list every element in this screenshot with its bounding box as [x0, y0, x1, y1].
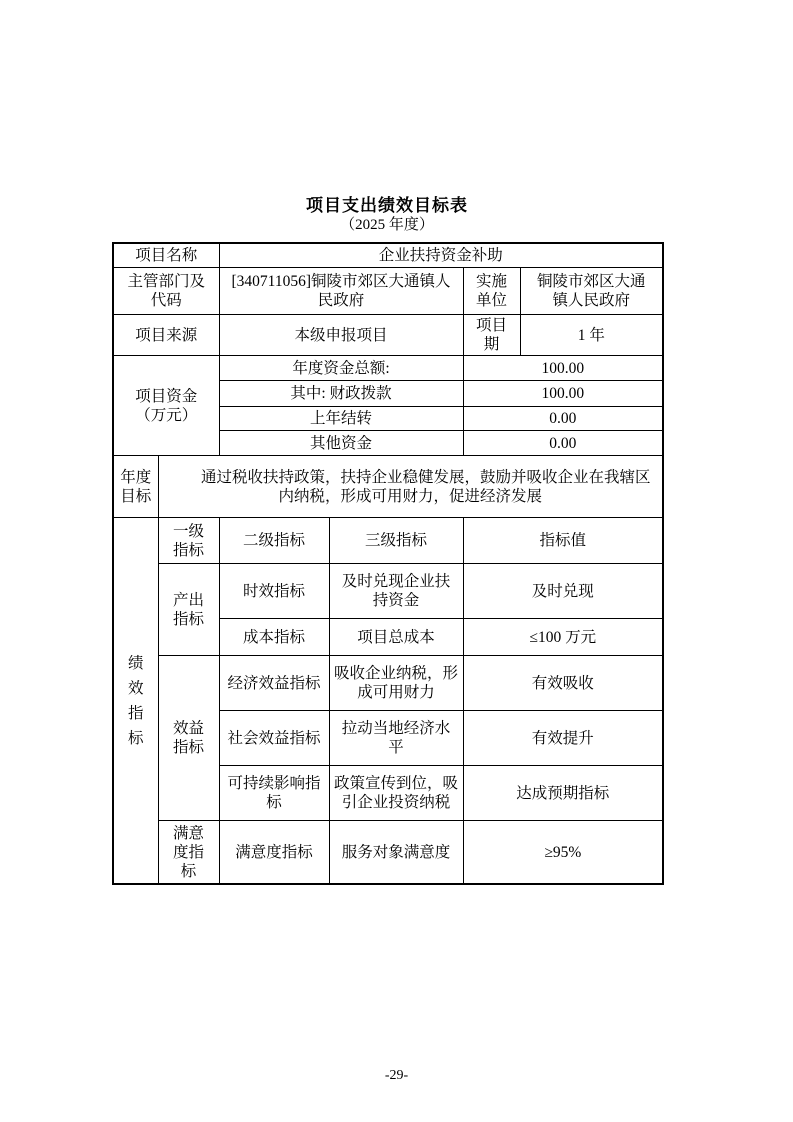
indicator-value-cell: 及时兑现: [463, 564, 663, 619]
row-dept-code: 主管部门及 代码 [340711056]铜陵市郊区大通镇人 民政府 实施 单位 …: [113, 268, 663, 315]
document-body: 项目支出绩效目标表 （2025 年度） 项目名称 企业扶持资金补助 主管部门及 …: [112, 196, 662, 885]
indicator-l3-cell: 项目总成本: [329, 619, 463, 656]
fiscal-allocation-value-cell: 100.00: [463, 381, 663, 407]
fiscal-allocation-label-cell: 其中: 财政拨款: [219, 381, 463, 407]
performance-target-table: 项目名称 企业扶持资金补助 主管部门及 代码 [340711056]铜陵市郊区大…: [112, 242, 664, 885]
indicator-l3-cell: 吸收企业纳税，形 成可用财力: [329, 656, 463, 711]
indicator-l3-cell: 政策宣传到位，吸 引企业投资纳税: [329, 766, 463, 821]
page-number: -29-: [0, 1068, 793, 1084]
header-l3-cell: 三级指标: [329, 518, 463, 564]
carryover-value-cell: 0.00: [463, 407, 663, 431]
project-name-label-cell: 项目名称: [113, 243, 219, 268]
project-period-value-cell: 1 年: [520, 315, 663, 356]
header-l1-cell: 一级 指标: [158, 518, 219, 564]
annual-total-label-cell: 年度资金总额:: [219, 356, 463, 381]
dept-code-value-cell: [340711056]铜陵市郊区大通镇人 民政府: [219, 268, 463, 315]
page-subtitle: （2025 年度）: [112, 216, 662, 235]
indicator-l2-cell: 可持续影响指 标: [219, 766, 329, 821]
row-project-source: 项目来源 本级申报项目 项目 期 1 年: [113, 315, 663, 356]
header-value-cell: 指标值: [463, 518, 663, 564]
indicator-l2-cell: 成本指标: [219, 619, 329, 656]
project-name-value-cell: 企业扶持资金补助: [219, 243, 663, 268]
document-page: { "title": "项目支出绩效目标表", "subtitle": "（20…: [0, 0, 793, 1122]
performance-side-label-cell: 绩效指标: [113, 518, 158, 885]
indicator-row-timeliness: 产出 指标 时效指标 及时兑现企业扶 持资金 及时兑现: [113, 564, 663, 619]
indicator-l3-cell: 服务对象满意度: [329, 821, 463, 885]
project-source-value-cell: 本级申报项目: [219, 315, 463, 356]
indicator-l2-cell: 满意度指标: [219, 821, 329, 885]
output-indicator-group-cell: 产出 指标: [158, 564, 219, 656]
dept-code-label-cell: 主管部门及 代码: [113, 268, 219, 315]
row-project-name: 项目名称 企业扶持资金补助: [113, 243, 663, 268]
indicator-l3-cell: 及时兑现企业扶 持资金: [329, 564, 463, 619]
carryover-label-cell: 上年结转: [219, 407, 463, 431]
annual-goal-label-cell: 年度 目标: [113, 456, 158, 518]
indicator-l2-cell: 经济效益指标: [219, 656, 329, 711]
indicator-value-cell: 有效提升: [463, 711, 663, 766]
indicator-l2-cell: 时效指标: [219, 564, 329, 619]
impl-unit-label-cell: 实施 单位: [463, 268, 520, 315]
indicator-l2-cell: 社会效益指标: [219, 711, 329, 766]
row-funds-total: 项目资金 （万元） 年度资金总额: 100.00: [113, 356, 663, 381]
indicator-row-economic: 效益 指标 经济效益指标 吸收企业纳税，形 成可用财力 有效吸收: [113, 656, 663, 711]
indicator-value-cell: ≥95%: [463, 821, 663, 885]
annual-goal-text-cell: 通过税收扶持政策，扶持企业稳健发展，鼓励并吸收企业在我辖区 内纳税，形成可用财力…: [158, 456, 663, 518]
header-l2-cell: 二级指标: [219, 518, 329, 564]
performance-side-label: 绩效指标: [127, 651, 144, 751]
other-funds-value-cell: 0.00: [463, 431, 663, 456]
other-funds-label-cell: 其他资金: [219, 431, 463, 456]
page-title: 项目支出绩效目标表: [112, 196, 662, 216]
indicator-row-satisfaction: 满意 度指 标 满意度指标 服务对象满意度 ≥95%: [113, 821, 663, 885]
indicator-value-cell: 达成预期指标: [463, 766, 663, 821]
satisfaction-indicator-group-cell: 满意 度指 标: [158, 821, 219, 885]
indicator-l3-cell: 拉动当地经济水 平: [329, 711, 463, 766]
indicator-value-cell: ≤100 万元: [463, 619, 663, 656]
project-source-label-cell: 项目来源: [113, 315, 219, 356]
indicator-value-cell: 有效吸收: [463, 656, 663, 711]
row-indicator-header: 绩效指标 一级 指标 二级指标 三级指标 指标值: [113, 518, 663, 564]
project-period-label-cell: 项目 期: [463, 315, 520, 356]
annual-total-value-cell: 100.00: [463, 356, 663, 381]
impl-unit-value-cell: 铜陵市郊区大通 镇人民政府: [520, 268, 663, 315]
project-funds-label-cell: 项目资金 （万元）: [113, 356, 219, 456]
benefit-indicator-group-cell: 效益 指标: [158, 656, 219, 821]
row-annual-goal: 年度 目标 通过税收扶持政策，扶持企业稳健发展，鼓励并吸收企业在我辖区 内纳税，…: [113, 456, 663, 518]
